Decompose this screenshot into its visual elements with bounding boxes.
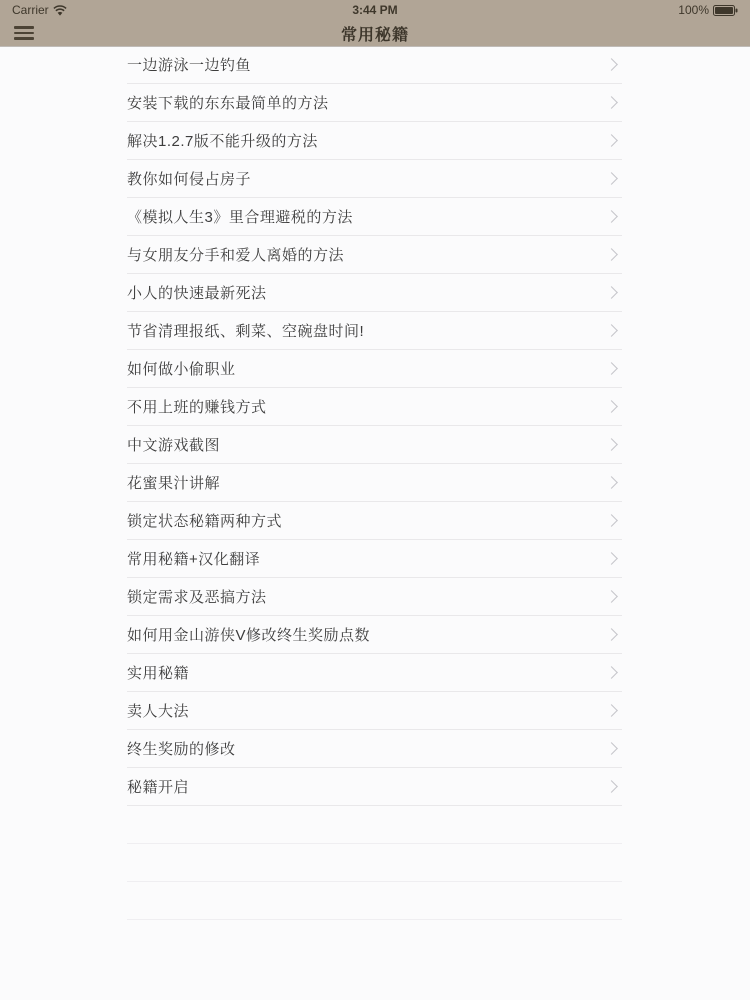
list-item[interactable]: 不用上班的赚钱方式 [127,388,622,426]
list-item-label: 中文游戏截图 [127,434,607,455]
empty-list-row [127,844,622,882]
chevron-right-icon [605,514,618,527]
list-item[interactable]: 安装下载的东东最简单的方法 [127,84,622,122]
list-item-label: 锁定状态秘籍两种方式 [127,510,607,531]
list-item[interactable]: 花蜜果汁讲解 [127,464,622,502]
list-item[interactable]: 锁定需求及恶搞方法 [127,578,622,616]
list-item[interactable]: 如何做小偷职业 [127,350,622,388]
list-item[interactable]: 教你如何侵占房子 [127,160,622,198]
chevron-right-icon [605,324,618,337]
status-bar: Carrier 3:44 PM 100% [0,0,750,20]
carrier-label: Carrier [12,3,49,17]
list-item-label: 与女朋友分手和爱人离婚的方法 [127,244,607,265]
list-item[interactable]: 节省清理报纸、剩菜、空碗盘时间! [127,312,622,350]
cheat-list: 一边游泳一边钓鱼安装下载的东东最简单的方法解决1.2.7版不能升级的方法教你如何… [127,46,622,920]
list-item[interactable]: 与女朋友分手和爱人离婚的方法 [127,236,622,274]
list-item-label: 如何用金山游侠V修改终生奖励点数 [127,624,607,645]
list-item-label: 终生奖励的修改 [127,738,607,759]
list-item[interactable]: 卖人大法 [127,692,622,730]
chevron-right-icon [605,248,618,261]
list-item-label: 安装下载的东东最简单的方法 [127,92,607,113]
chevron-right-icon [605,552,618,565]
chevron-right-icon [605,476,618,489]
battery-indicator: 100% [678,3,738,17]
clock: 3:44 PM [0,3,750,17]
empty-list-row [127,882,622,920]
list-item-label: 实用秘籍 [127,662,607,683]
chevron-right-icon [605,628,618,641]
list-item-label: 教你如何侵占房子 [127,168,607,189]
list-item-label: 锁定需求及恶搞方法 [127,586,607,607]
chevron-right-icon [605,704,618,717]
chevron-right-icon [605,210,618,223]
empty-list-row [127,806,622,844]
list-item-label: 花蜜果汁讲解 [127,472,607,493]
menu-icon[interactable] [14,26,34,40]
chevron-right-icon [605,172,618,185]
battery-icon [713,5,738,16]
chevron-right-icon [605,134,618,147]
list-item[interactable]: 终生奖励的修改 [127,730,622,768]
list-item[interactable]: 一边游泳一边钓鱼 [127,46,622,84]
chevron-right-icon [605,58,618,71]
list-item[interactable]: 实用秘籍 [127,654,622,692]
chevron-right-icon [605,742,618,755]
list-container: 一边游泳一边钓鱼安装下载的东东最简单的方法解决1.2.7版不能升级的方法教你如何… [0,46,750,1000]
battery-percent-label: 100% [678,3,709,17]
list-item-label: 卖人大法 [127,700,607,721]
list-item-label: 小人的快速最新死法 [127,282,607,303]
list-item-label: 不用上班的赚钱方式 [127,396,607,417]
list-item[interactable]: 秘籍开启 [127,768,622,806]
list-item-label: 如何做小偷职业 [127,358,607,379]
app-screen: Carrier 3:44 PM 100% 常用 [0,0,750,1000]
nav-bar: 常用秘籍 [0,20,750,46]
chevron-right-icon [605,780,618,793]
list-item[interactable]: 如何用金山游侠V修改终生奖励点数 [127,616,622,654]
chevron-right-icon [605,362,618,375]
list-item-label: 常用秘籍+汉化翻译 [127,548,607,569]
chevron-right-icon [605,438,618,451]
carrier-indicator: Carrier [12,3,67,17]
list-item[interactable]: 常用秘籍+汉化翻译 [127,540,622,578]
list-item-label: 《模拟人生3》里合理避税的方法 [127,206,607,227]
chevron-right-icon [605,666,618,679]
list-item-label: 秘籍开启 [127,776,607,797]
list-item[interactable]: 《模拟人生3》里合理避税的方法 [127,198,622,236]
chevron-right-icon [605,400,618,413]
list-item[interactable]: 解决1.2.7版不能升级的方法 [127,122,622,160]
page-title: 常用秘籍 [0,22,750,45]
list-item[interactable]: 中文游戏截图 [127,426,622,464]
top-bar: Carrier 3:44 PM 100% 常用 [0,0,750,46]
list-item-label: 节省清理报纸、剩菜、空碗盘时间! [127,320,607,341]
chevron-right-icon [605,286,618,299]
chevron-right-icon [605,96,618,109]
list-item[interactable]: 小人的快速最新死法 [127,274,622,312]
list-item[interactable]: 锁定状态秘籍两种方式 [127,502,622,540]
list-item-label: 解决1.2.7版不能升级的方法 [127,130,607,151]
chevron-right-icon [605,590,618,603]
wifi-icon [53,5,67,16]
list-item-label: 一边游泳一边钓鱼 [127,54,607,75]
